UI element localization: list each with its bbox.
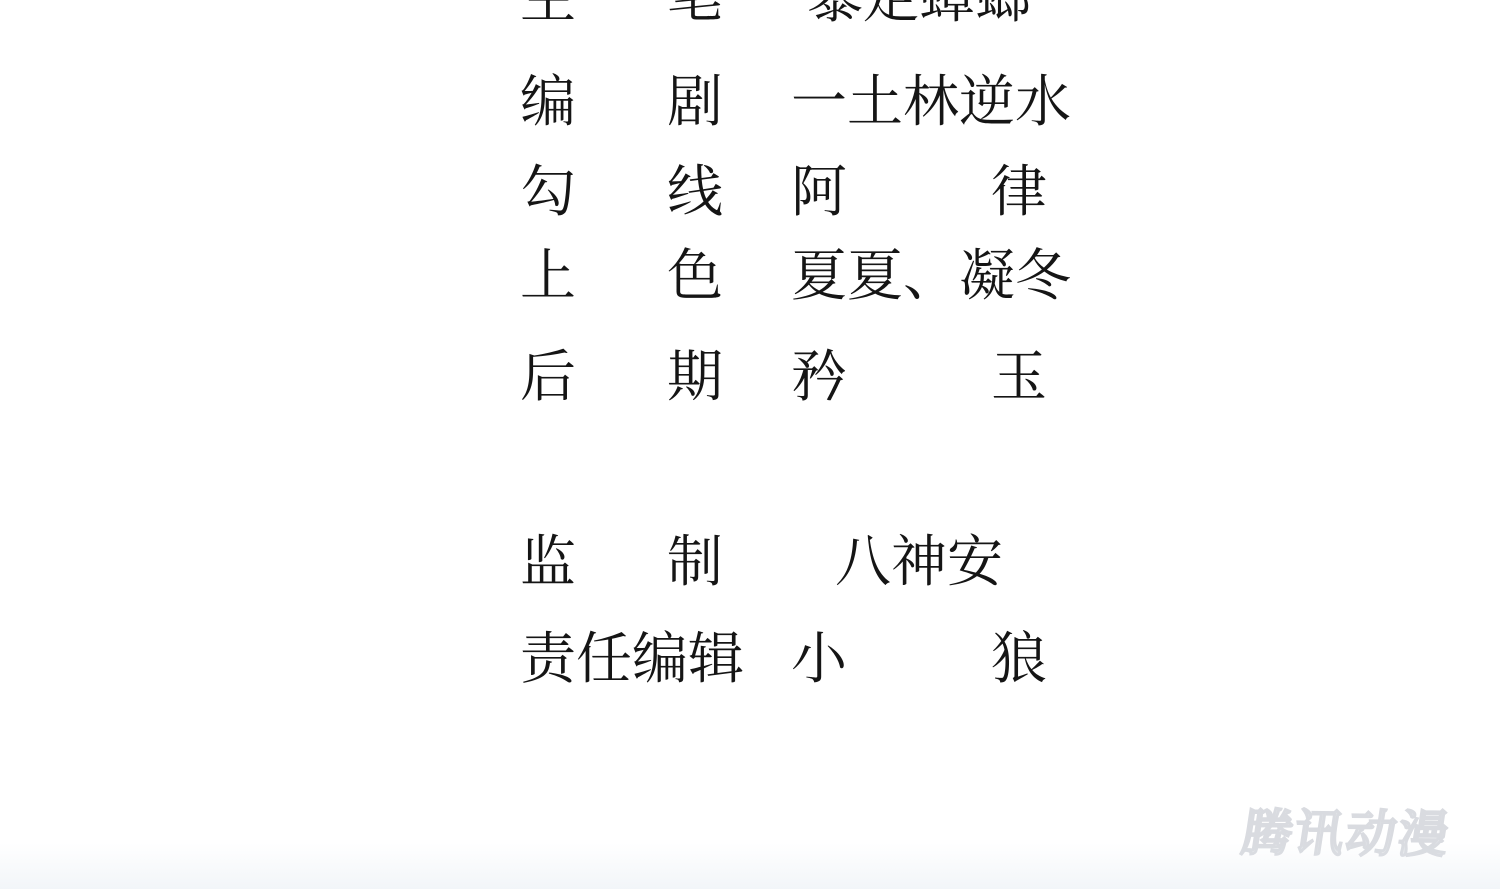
credit-name: 一土林逆水 <box>791 72 1047 132</box>
credit-name-char: 玉 <box>991 347 1047 407</box>
credit-row: 监制八神安 <box>520 532 1047 592</box>
credit-name-char: 狼 <box>991 629 1047 689</box>
credit-role-label: 主笔 <box>520 0 723 28</box>
credit-role-label: 责任编辑 <box>520 629 723 689</box>
credit-row: 勾线阿律 <box>520 162 1047 222</box>
credit-role-char: 辑 <box>688 629 744 689</box>
credit-role-label: 编剧 <box>520 72 723 132</box>
credit-role-label: 后期 <box>520 347 723 407</box>
credit-row: 后期矜玉 <box>520 347 1047 407</box>
credit-role-label: 勾线 <box>520 162 723 222</box>
credit-name: 阿律 <box>791 162 1047 222</box>
credit-name: 小狼 <box>791 629 1047 689</box>
credit-name: 八神安 <box>791 532 1047 592</box>
credit-role-char: 上 <box>520 246 576 306</box>
credit-role-char: 色 <box>667 246 723 306</box>
credit-role-char: 监 <box>520 532 576 592</box>
credit-row: 主笔暴走蟑螂 <box>520 0 1047 28</box>
credit-name-char: 矜 <box>791 347 847 407</box>
credit-name: 夏夏、凝冬 <box>791 246 1047 306</box>
credit-row: 编剧一土林逆水 <box>520 72 1047 132</box>
credit-row: 上色夏夏、凝冬 <box>520 246 1047 306</box>
credit-role-char: 编 <box>520 72 576 132</box>
credit-role-char: 笔 <box>667 0 723 28</box>
credit-role-char: 勾 <box>520 162 576 222</box>
tencent-comics-watermark-logo: 腾讯动漫 <box>1237 798 1487 872</box>
credit-name-char: 阿 <box>791 162 847 222</box>
credit-name-char: 小 <box>791 629 847 689</box>
credit-name-char: 律 <box>991 162 1047 222</box>
credit-role-char: 制 <box>667 532 723 592</box>
credit-name: 暴走蟑螂 <box>791 0 1047 28</box>
credit-role-label: 监制 <box>520 532 723 592</box>
credit-row: 责任编辑小狼 <box>520 629 1047 689</box>
credit-role-char: 主 <box>520 0 576 28</box>
credit-name: 矜玉 <box>791 347 1047 407</box>
credit-role-char: 编 <box>632 629 688 689</box>
credit-role-char: 剧 <box>667 72 723 132</box>
credit-role-char: 后 <box>520 347 576 407</box>
credit-role-char: 任 <box>576 629 632 689</box>
credit-role-char: 期 <box>667 347 723 407</box>
credit-role-char: 线 <box>667 162 723 222</box>
credit-role-char: 责 <box>520 629 576 689</box>
credits-list: 主笔暴走蟑螂编剧一土林逆水勾线阿律上色夏夏、凝冬后期矜玉监制八神安责任编辑小狼 <box>0 0 1500 889</box>
credit-role-label: 上色 <box>520 246 723 306</box>
